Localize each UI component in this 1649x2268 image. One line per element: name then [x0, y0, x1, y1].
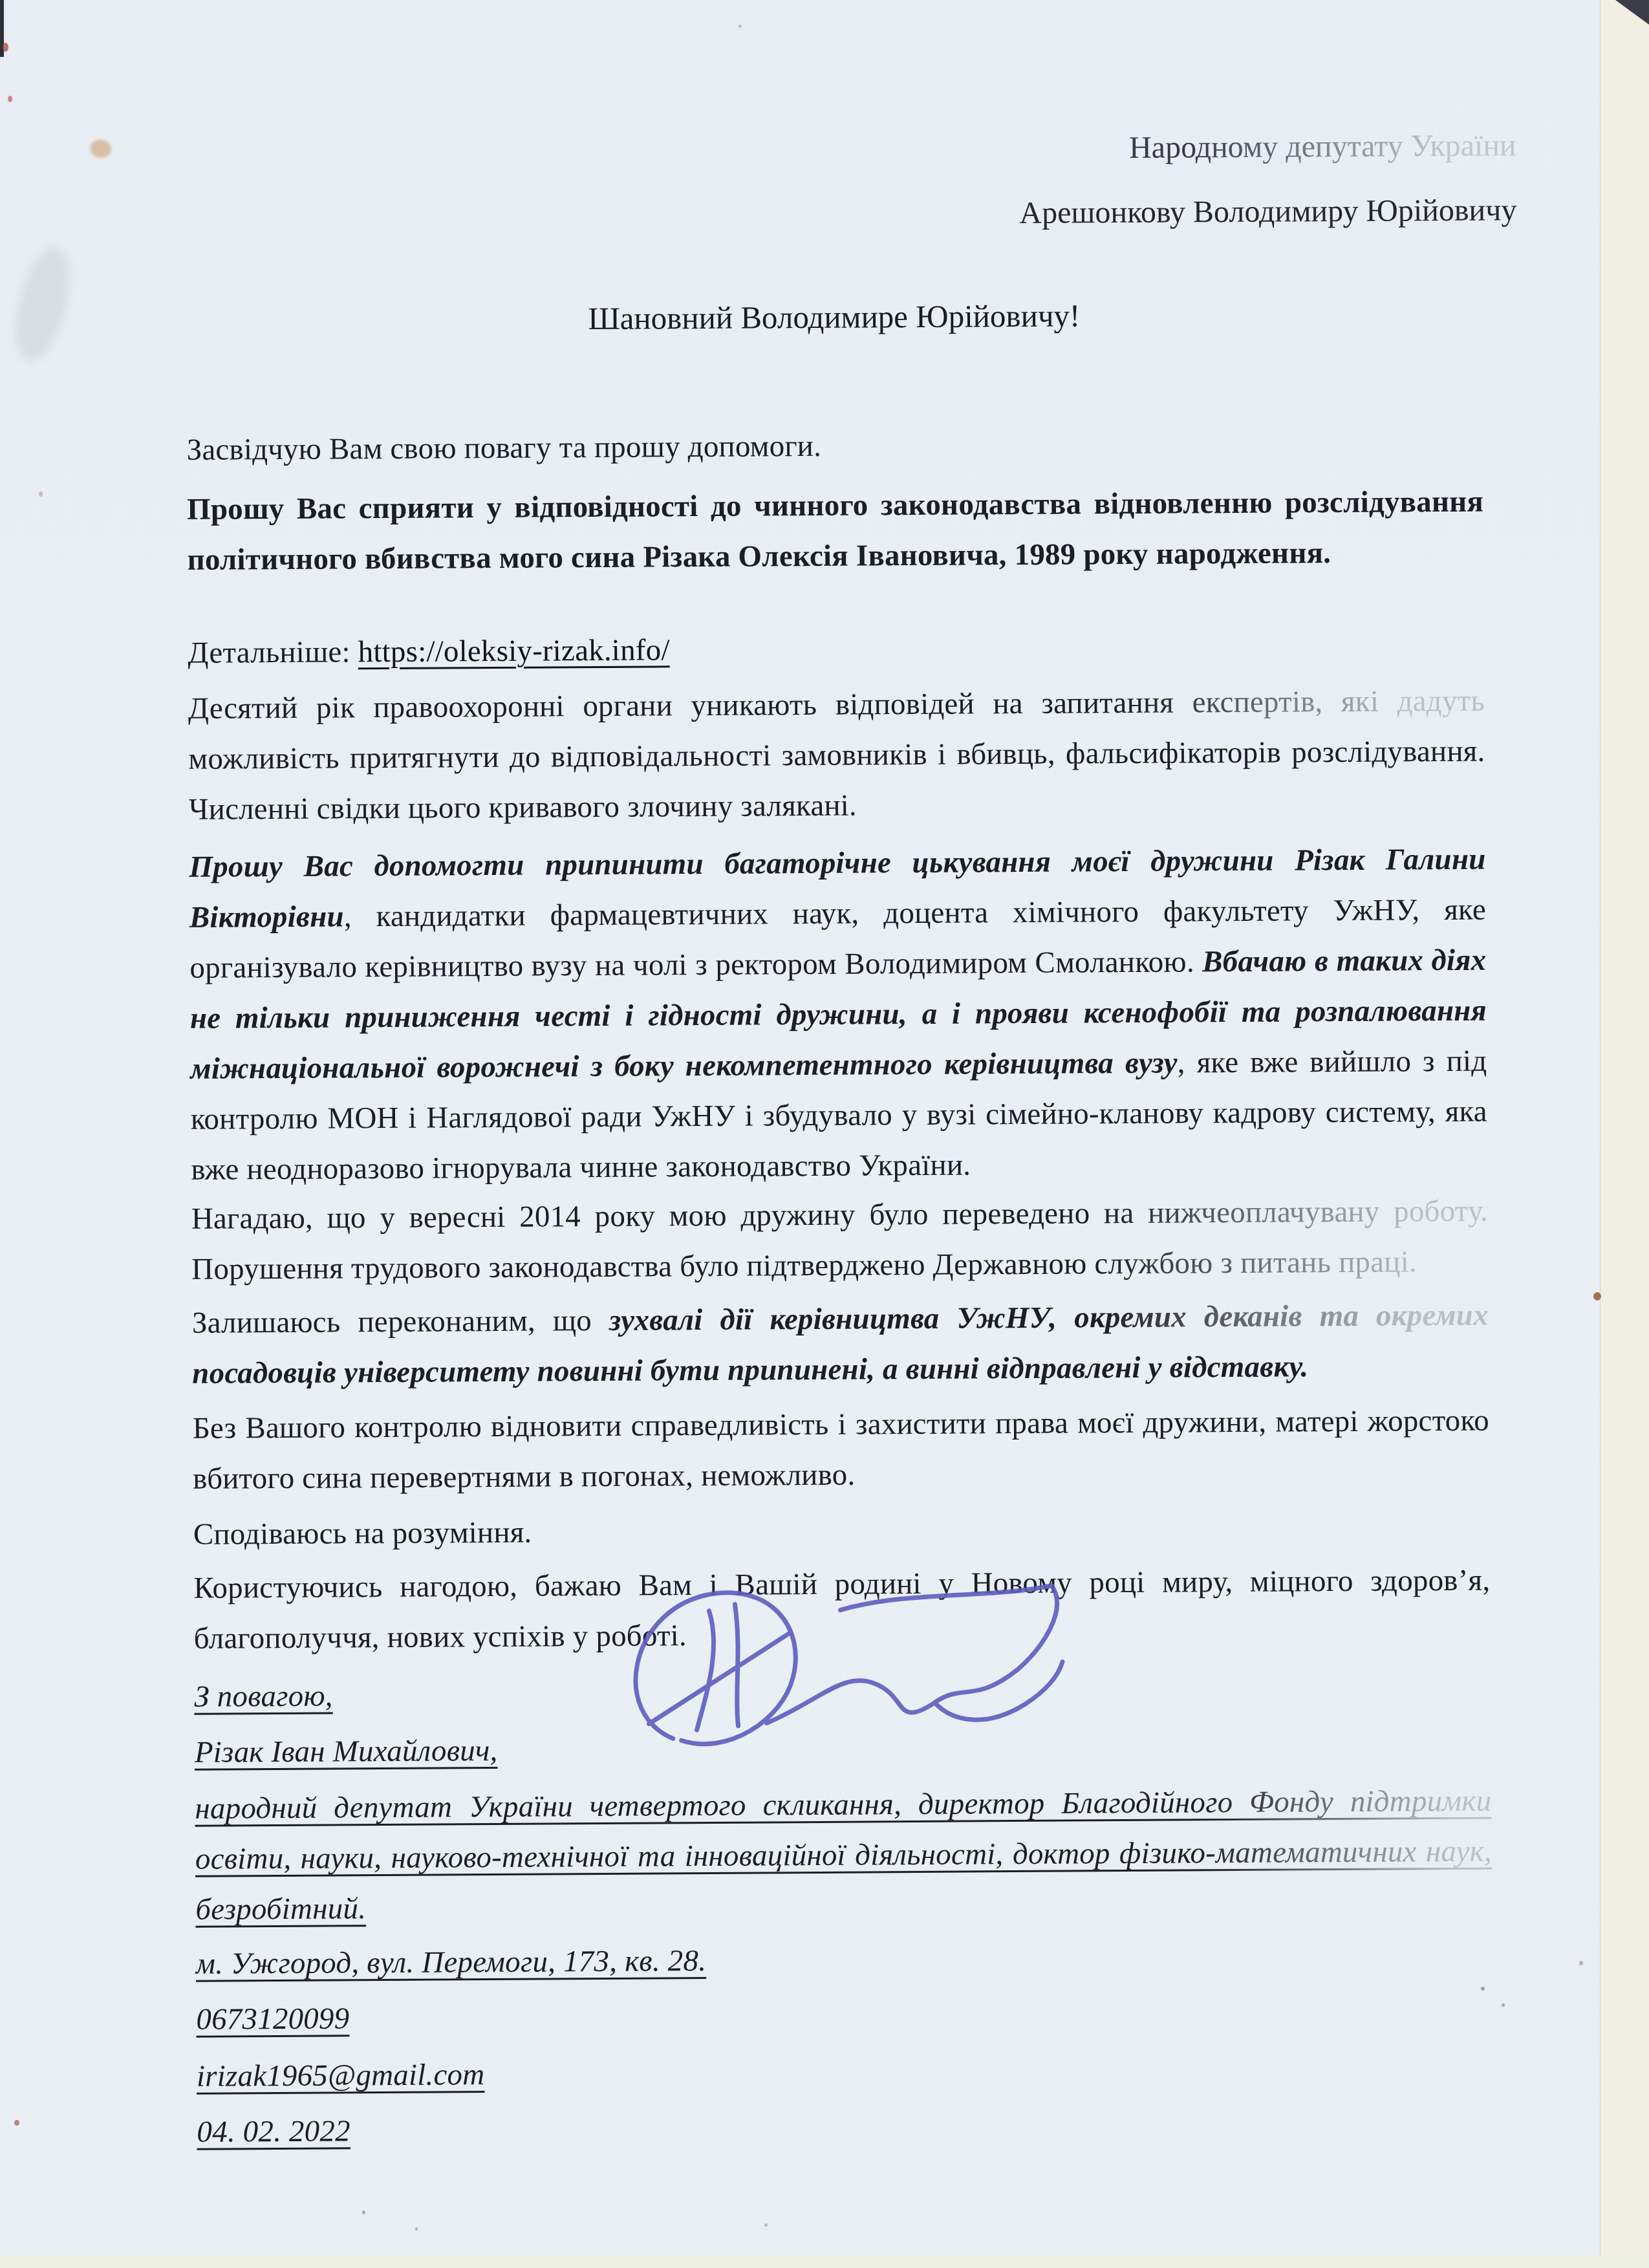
letter-content: Народному депутату України Арешонкову Во… [0, 0, 1649, 2268]
recipient-line-1: Народному депутату України [382, 113, 1516, 185]
signature-title: народний депутат України четвертого скли… [195, 1776, 1492, 1935]
text-segment: З повагою, [194, 1679, 333, 1714]
recipient-block: Народному депутату України Арешонкову Во… [382, 113, 1516, 250]
text-segment: Прошу Вас сприяти у відповідності до чин… [187, 485, 1483, 577]
text-segment: Десятий рік правоохоронні органи уникают… [188, 684, 1485, 826]
handwritten-signature [572, 1571, 1084, 1781]
edge-speck [1593, 1292, 1601, 1301]
dust-speck [764, 2223, 768, 2227]
text-segment: 04. 02. 2022 [197, 2114, 350, 2148]
paragraph-wife: Прошу Вас допомогти припинити багаторічн… [189, 834, 1487, 1195]
paragraph-request-bold: Прошу Вас сприяти у відповідності до чин… [187, 477, 1484, 585]
paragraph-link: Детальніше: https://oleksiy-rizak.info/ [188, 620, 1484, 678]
dust-speck [362, 2210, 365, 2214]
text-segment: 0673120099 [196, 2002, 349, 2036]
edge-speck [14, 2120, 19, 2126]
paper-stain [91, 140, 111, 158]
dust-speck [738, 25, 742, 28]
scanned-letter-page: { "colors": { "paper": "#e9eef3", "backd… [0, 0, 1649, 2268]
dust-speck [1502, 2003, 1505, 2007]
paragraph-2014: Нагадаю, що у вересні 2014 року мою друж… [191, 1186, 1489, 1295]
text-segment: народний депутат України четвертого скли… [195, 1784, 1492, 1927]
recipient-line-2: Арешонкову Володимиру Юрійовичу [382, 178, 1517, 250]
paragraph-greeting: Засвідчую Вам свою повагу та прошу допом… [186, 417, 1483, 475]
text-segment: Нагадаю, що у вересні 2014 року мою друж… [191, 1194, 1488, 1286]
letter-link[interactable]: https://oleksiy-rizak.info/ [358, 633, 670, 669]
text-segment: Різак Іван Михайлович, [195, 1734, 498, 1769]
dust-speck [415, 2227, 418, 2230]
signature-email: irizak1965@gmail.com [197, 2044, 1493, 2102]
signature-date: 04. 02. 2022 [197, 2099, 1493, 2157]
edge-speck [8, 96, 12, 102]
paragraph-control: Без Вашого контролю відновити справедлив… [193, 1396, 1490, 1504]
paragraph-hope: Сподіваюсь на розуміння. [193, 1502, 1490, 1560]
text-segment: м. Ужгород, вул. Перемоги, 173, кв. 28. [196, 1944, 707, 1981]
dust-speck [1579, 1961, 1583, 1965]
text-segment: Засвідчую Вам свою повагу та прошу допом… [186, 429, 821, 467]
signature-address: м. Ужгород, вул. Перемоги, 173, кв. 28. [196, 1931, 1493, 1989]
dust-speck [1481, 1987, 1485, 1991]
edge-speck [3, 43, 8, 52]
paragraph-conviction: Залишаюсь переконаним, що зухвалі дії ке… [192, 1290, 1489, 1399]
text-segment: irizak1965@gmail.com [197, 2058, 485, 2093]
signature-phone: 0673120099 [196, 1987, 1493, 2045]
text-segment: Сподіваюсь на розуміння. [193, 1516, 532, 1551]
text-segment: Детальніше: [188, 635, 358, 670]
paragraph-tenth-year: Десятий рік правоохоронні органи уникают… [188, 676, 1485, 835]
text-segment: Без Вашого контролю відновити справедлив… [193, 1404, 1489, 1496]
dust-speck [39, 491, 43, 497]
salutation: Шановний Володимире Юрійовичу! [186, 295, 1482, 340]
text-segment: Залишаюсь переконаним, що [192, 1304, 609, 1340]
